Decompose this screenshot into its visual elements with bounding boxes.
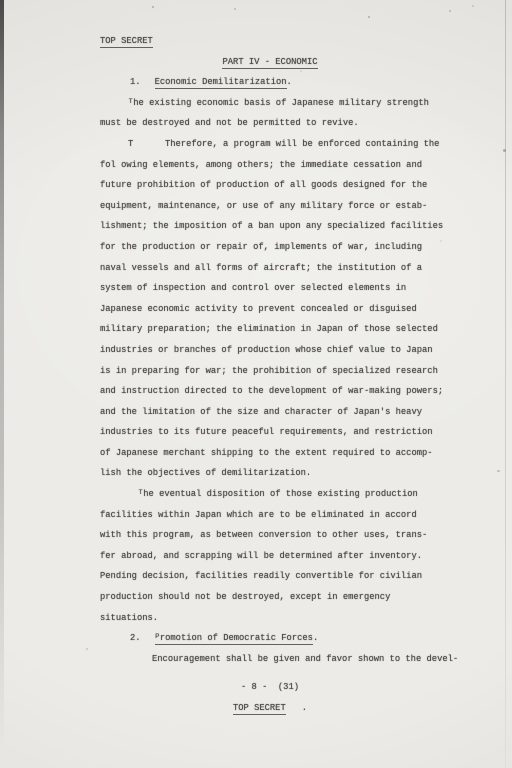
- section-2-heading: 2.ᴾromotion of Democratic Forces.: [100, 628, 440, 649]
- scan-speck: [234, 8, 236, 10]
- body-line: fer abroad, and scrapping will be determ…: [100, 546, 440, 567]
- body-line: military preparation; the elimination in…: [100, 319, 440, 340]
- body-line: with this program, as between conversion…: [100, 525, 440, 546]
- page-number-line: - 8 - (31): [100, 677, 440, 698]
- scan-speck: [472, 5, 474, 7]
- body-line: lish the objectives of demilitarization.: [100, 463, 440, 484]
- body-line: and instruction directed to the developm…: [100, 381, 440, 402]
- body-line: naval vessels and all forms of aircraft;…: [100, 258, 440, 279]
- section-2-period: .: [313, 633, 318, 643]
- section-1-number: 1.: [130, 72, 141, 93]
- classification-footer: TOP SECRET.: [100, 698, 440, 719]
- body-line: must be destroyed and not be permitted t…: [100, 113, 440, 134]
- body-line: facilities within Japan which are to be …: [100, 505, 440, 526]
- body-line: production should not be destroyed, exce…: [100, 587, 440, 608]
- scan-speck: [368, 16, 370, 18]
- section-2-title: ᴾromotion of Democratic Forces: [155, 633, 313, 645]
- body-line: equipment, maintenance, or use of any mi…: [100, 196, 440, 217]
- body-line: Pending decision, facilities readily con…: [100, 566, 440, 587]
- body-line: fol owing elements, among others; the im…: [100, 155, 440, 176]
- body-line: for the production or repair of, impleme…: [100, 237, 440, 258]
- body-line: ᵀhe eventual disposition of those existi…: [100, 484, 440, 505]
- section-1-heading: 1.Economic Demilitarization.: [100, 72, 440, 93]
- section-2-number: 2.: [130, 628, 141, 649]
- scan-speck: [152, 6, 154, 8]
- classification-header-text: TOP SECRET: [100, 36, 153, 48]
- classification-header: TOP SECRET: [100, 31, 440, 52]
- body-line: situations.: [100, 608, 440, 629]
- body-line: of Japanese merchant shipping to the ext…: [100, 443, 440, 464]
- stray-period-mark: .: [302, 703, 307, 713]
- document-page: TOP SECRET PART IV - ECONOMIC 1.Economic…: [0, 31, 512, 719]
- body-line: Encouragement shall be given and favor s…: [100, 649, 440, 670]
- body-line: system of inspection and control over se…: [100, 278, 440, 299]
- body-line: and the limitation of the size and chara…: [100, 402, 440, 423]
- part-title: PART IV - ECONOMIC: [222, 57, 317, 69]
- body-line: lishment; the imposition of a ban upon a…: [100, 216, 440, 237]
- body-line: Japanese economic activity to prevent co…: [100, 299, 440, 320]
- scan-speck: [449, 10, 451, 12]
- body-line: is in preparing for war; the prohibition…: [100, 361, 440, 382]
- section-1-title: Economic Demilitarization: [155, 77, 287, 89]
- body-line: ᵀhe existing economic basis of Japanese …: [100, 93, 440, 114]
- part-title-line: PART IV - ECONOMIC: [100, 52, 440, 73]
- body-line: T Therefore, a program will be enforced …: [100, 134, 440, 155]
- body-line: industries or branches of production who…: [100, 340, 440, 361]
- body-line: future prohibition of production of all …: [100, 175, 440, 196]
- classification-footer-text: TOP SECRET: [233, 703, 286, 715]
- body-line: industries to its future peaceful requir…: [100, 422, 440, 443]
- section-1-period: .: [287, 77, 292, 87]
